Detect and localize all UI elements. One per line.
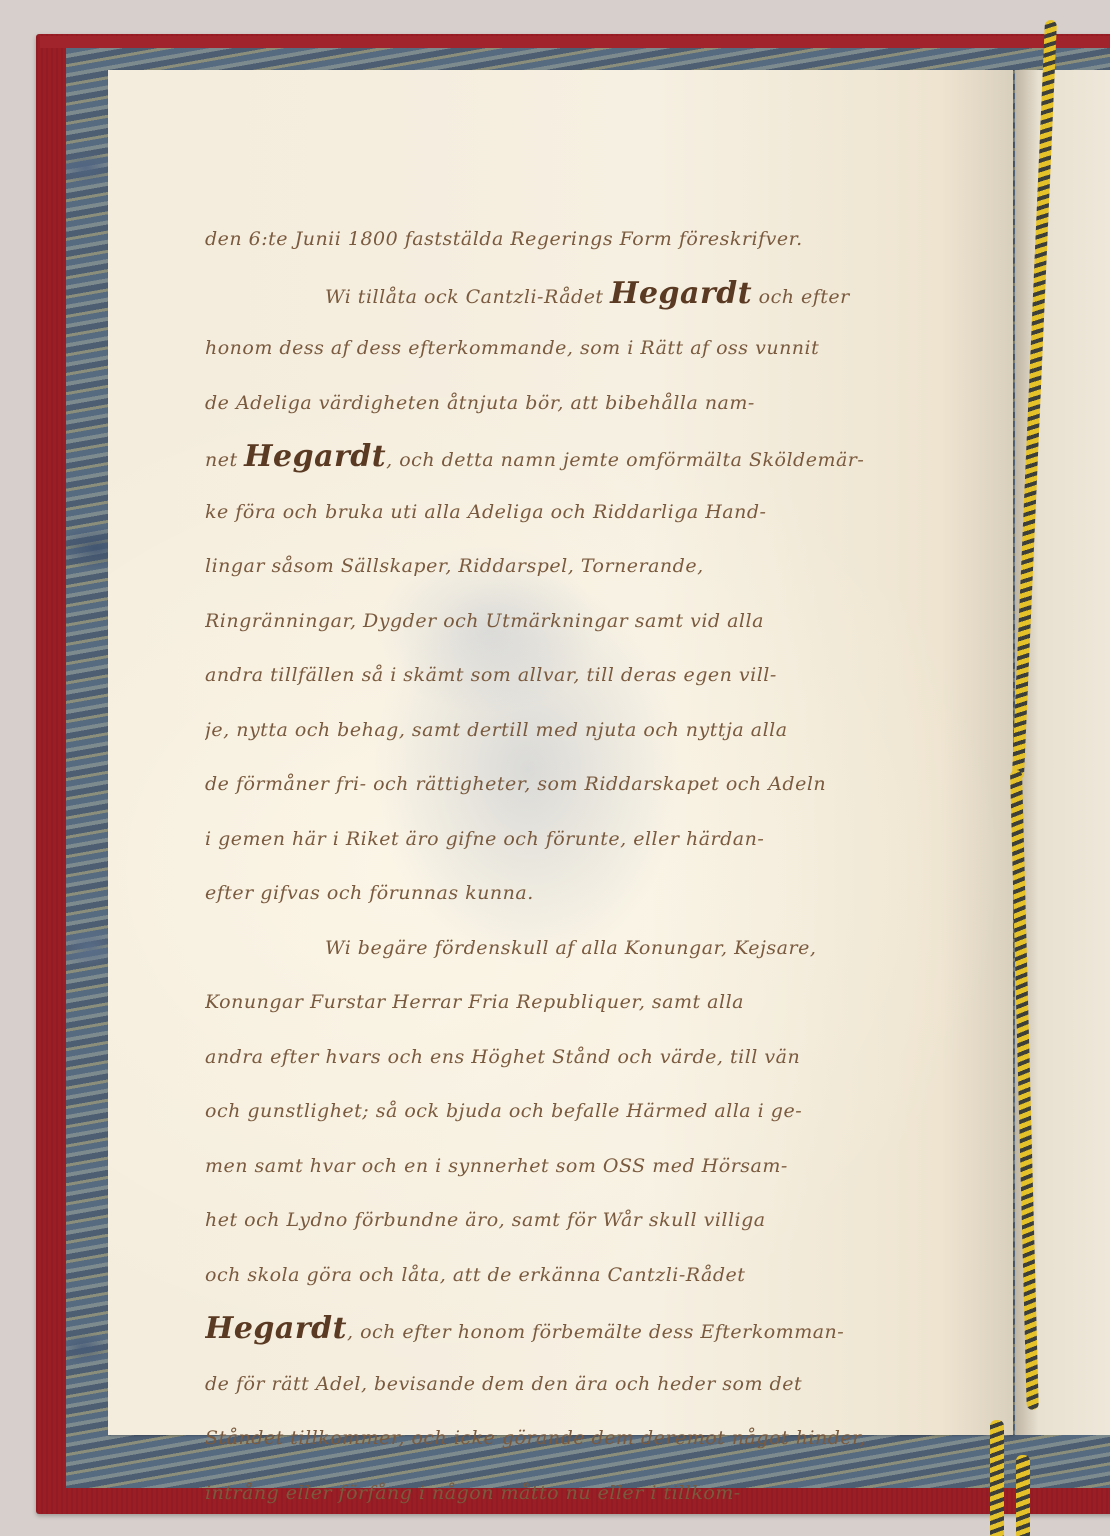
text-line: men samt hvar och en i synnerhet som OSS… <box>205 1139 980 1194</box>
text-line: de förmåner fri- och rättigheter, som Ri… <box>205 757 980 812</box>
text-line: net Hegardt, och detta namn jemte omförm… <box>205 430 980 485</box>
text-line: i gemen här i Riket äro gifne och förunt… <box>205 812 980 867</box>
cover-top-edge <box>40 36 1110 48</box>
handwritten-text-block: den 6:te Junii 1800 faststälda Regerings… <box>205 212 980 1520</box>
text-line: ke föra och bruka uti alla Adeliga och R… <box>205 485 980 540</box>
family-name-emphasis: Hegardt <box>205 1311 347 1346</box>
text-line: het och Lydno förbundne äro, samt för Wå… <box>205 1193 980 1248</box>
text-line: andra efter hvars och ens Höghet Stånd o… <box>205 1030 980 1085</box>
text-line: Wi tillåta ock Cantzli-Rådet Hegardt och… <box>205 267 980 322</box>
text-line: den 6:te Junii 1800 faststälda Regerings… <box>205 212 980 267</box>
binding-cord-end <box>1016 1455 1030 1536</box>
text-line: intrång eller förfång i någon måtto nu e… <box>205 1466 980 1521</box>
text-line: Hegardt, och efter honom förbemälte dess… <box>205 1302 980 1357</box>
text-line: de för rätt Adel, bevisande dem den ära … <box>205 1357 980 1412</box>
binding-cord-end <box>990 1420 1004 1536</box>
text-line: Konungar Furstar Herrar Fria Republiquer… <box>205 975 980 1030</box>
text-line: Ringränningar, Dygder och Utmärkningar s… <box>205 594 980 649</box>
text-line: honom dess af dess efterkommande, som i … <box>205 321 980 376</box>
text-line: Wi begäre fördenskull af alla Konungar, … <box>205 921 980 976</box>
text-line: je, nytta och behag, samt dertill med nj… <box>205 703 980 758</box>
text-line: och skola göra och låta, att de erkänna … <box>205 1248 980 1303</box>
family-name-emphasis: Hegardt <box>610 276 752 311</box>
text-line: efter gifvas och förunnas kunna. <box>205 866 980 921</box>
family-name-emphasis: Hegardt <box>244 439 386 474</box>
text-line: andra tillfällen så i skämt som allvar, … <box>205 648 980 703</box>
text-line: Ståndet tillkommer, och icke görande dem… <box>205 1411 980 1466</box>
text-line: de Adeliga värdigheten åtnjuta bör, att … <box>205 376 980 431</box>
text-line: och gunstlighet; så ock bjuda och befall… <box>205 1084 980 1139</box>
text-line: lingar såsom Sällskaper, Riddarspel, Tor… <box>205 539 980 594</box>
